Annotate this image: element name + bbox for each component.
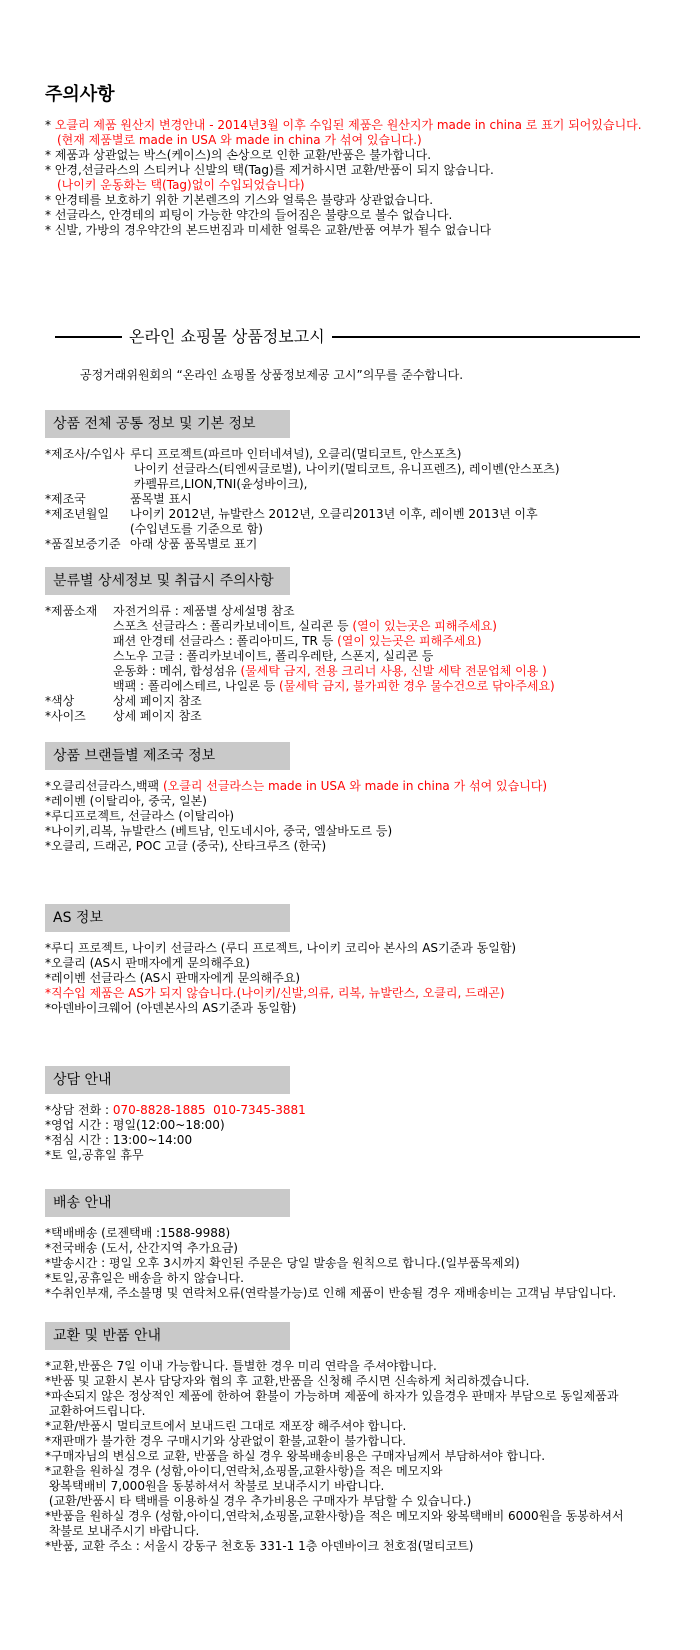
text-segment: 스노우 고글 : 폴리카보네이트, 폴리우레탄, 스폰지, 실리콘 등: [113, 649, 433, 663]
text-segment: *오클리, 드래곤, POC 고글 (중국), 산타크루즈 (한국): [45, 839, 326, 853]
text-segment: *반품, 교환 주소 : 서울시 강동구 천호동 331-1 1층 아덴바이크 …: [45, 1539, 473, 1553]
text-segment: * 안경테를 보호하기 위한 기본렌즈의 기스와 얼룩은 불량과 상관없습니다.: [45, 193, 433, 207]
text-line: * 오클리 제품 원산지 변경안내 - 2014년3월 이후 수입된 제품은 원…: [45, 118, 692, 133]
text-line: *파손되지 않은 정상적인 제품에 한하여 환불이 가능하며 제품에 하자가 있…: [45, 1389, 692, 1404]
info-row: *제품소재자전거의류 : 제품별 상세설명 참조스포츠 선글라스 : 폴리카보네…: [45, 604, 692, 694]
text-line: *루디 프로젝트, 나이키 선글라스 (루디 프로젝트, 나이키 코리아 본사의…: [45, 941, 692, 956]
text-segment: 품목별 표시: [130, 492, 192, 506]
caution-list: * 오클리 제품 원산지 변경안내 - 2014년3월 이후 수입된 제품은 원…: [45, 118, 692, 238]
text-segment: *오클리 (AS시 판매자에게 문의해주요): [45, 956, 250, 970]
text-line: *토일,공휴일은 배송을 하지 않습니다.: [45, 1271, 692, 1286]
text-line: *재판매가 불가한 경우 구매시기와 상관없이 환불,교환이 불가합니다.: [45, 1434, 692, 1449]
text-line: 상세 페이지 참조: [113, 709, 692, 724]
text-line: *점심 시간 : 13:00~14:00: [45, 1133, 692, 1148]
text-segment: *아덴바이크웨어 (아덴본사의 AS기준과 동일함): [45, 1001, 296, 1015]
text-line: *반품을 원하실 경우 (성함,아이디,연락처,쇼핑몰,교환사항)을 적은 메모…: [45, 1509, 692, 1524]
highlight-text: (물세탁 금지, 불가피한 경우 물수건으로 닦아주세요): [279, 679, 555, 693]
text-segment: * 안경,선글라스의 스티커나 신발의 택(Tag)를 제거하시면 교환/반품이…: [45, 163, 494, 177]
row-value: 나이키 2012년, 뉴발란스 2012년, 오클리2013년 이후, 레이벤 …: [130, 507, 692, 537]
section-exchange-return: 교환 및 반품 안내*교환,반품은 7일 이내 가능합니다. 틀별한 경우 미리…: [45, 1322, 692, 1554]
text-line: 운동화 : 메쉬, 합성섬유 (물세탁 금지, 전용 크리너 사용, 신발 세탁…: [113, 664, 692, 679]
text-segment: 카펠뮤르,LION,TNI(윤성바이크),: [130, 477, 307, 491]
text-segment: 나이키 2012년, 뉴발란스 2012년, 오클리2013년 이후, 레이벤 …: [130, 507, 538, 521]
text-line: 카펠뮤르,LION,TNI(윤성바이크),: [130, 477, 692, 492]
section-body-consult: *상담 전화 : 070-8828-1885 010-7345-3881*영업 …: [45, 1103, 692, 1163]
text-line: 아래 상품 품목별로 표기: [130, 537, 692, 552]
text-segment: *택배배송 (로젠택배 :1588-9988): [45, 1226, 230, 1240]
text-line: *수취인부재, 주소불명 및 연락처오류(연락불가능)로 인해 제품이 반송될 …: [45, 1286, 692, 1301]
text-line: (교환/반품시 타 택배를 이용하실 경우 추가비용은 구매자가 부담할 수 있…: [45, 1494, 692, 1509]
section-shipping: 배송 안내*택배배송 (로젠택배 :1588-9988)*전국배송 (도서, 산…: [45, 1189, 692, 1301]
info-row: *품질보증기준아래 상품 품목별로 표기: [45, 537, 692, 552]
text-segment: 왕복택배비 7,000원을 동봉하셔서 착불로 보내주시기 바랍니다.: [45, 1479, 384, 1493]
text-line: *레이벤 (이탈리아, 중국, 일본): [45, 794, 692, 809]
section-header-as-info: AS 정보: [45, 904, 290, 932]
text-line: *교환,반품은 7일 이내 가능합니다. 틀별한 경우 미리 연락을 주셔야합니…: [45, 1359, 692, 1374]
caution-heading: 주의사항: [45, 0, 692, 106]
gosi-title: 온라인 쇼핑몰 상품정보고시: [129, 326, 325, 348]
text-line: * 안경테를 보호하기 위한 기본렌즈의 기스와 얼룩은 불량과 상관없습니다.: [45, 193, 692, 208]
row-label: *제조국: [45, 492, 130, 507]
row-value: 아래 상품 품목별로 표기: [130, 537, 692, 552]
info-row: *제조사/수입사루디 프로젝트(파르마 인터네셔널), 오클리(멀티코트, 안스…: [45, 447, 692, 492]
text-segment: * 선글라스, 안경테의 피팅이 가능한 약간의 들어짐은 불량으로 볼수 없습…: [45, 208, 452, 222]
text-line: *상담 전화 : 070-8828-1885 010-7345-3881: [45, 1103, 692, 1118]
section-common-info: 상품 전체 공통 정보 및 기본 정보*제조사/수입사루디 프로젝트(파르마 인…: [45, 410, 692, 552]
highlight-text: (물세탁 금지, 전용 크리너 사용, 신발 세탁 전문업체 이용 ): [240, 664, 546, 678]
info-row: *제조국품목별 표시: [45, 492, 692, 507]
section-as-info: AS 정보*루디 프로젝트, 나이키 선글라스 (루디 프로젝트, 나이키 코리…: [45, 904, 692, 1016]
text-line: 교환하여드립니다.: [45, 1404, 692, 1419]
section-body-common-info: *제조사/수입사루디 프로젝트(파르마 인터네셔널), 오클리(멀티코트, 안스…: [45, 447, 692, 552]
text-segment: *루디 프로젝트, 나이키 선글라스 (루디 프로젝트, 나이키 코리아 본사의…: [45, 941, 516, 955]
text-segment: *전국배송 (도서, 산간지역 추가요금): [45, 1241, 238, 1255]
info-row: *제조년월일나이키 2012년, 뉴발란스 2012년, 오클리2013년 이후…: [45, 507, 692, 537]
highlight-text: (열이 있는곳은 피해주세요): [352, 619, 497, 633]
text-segment: *나이키,리복, 뉴발란스 (베트남, 인도네시아, 중국, 엘살바도르 등): [45, 824, 392, 838]
text-segment: *상담 전화 :: [45, 1103, 113, 1117]
text-segment: *레이벤 (이탈리아, 중국, 일본): [45, 794, 207, 808]
row-label: *사이즈: [45, 709, 113, 724]
text-line: *영업 시간 : 평일(12:00~18:00): [45, 1118, 692, 1133]
row-label: *제조년월일: [45, 507, 130, 522]
highlight-text: (오클리 선글라스는 made in USA 와 made in china 가…: [163, 779, 547, 793]
text-segment: 스포츠 선글라스 : 폴리카보네이트, 실리콘 등: [113, 619, 352, 633]
text-segment: 패션 안경테 선글라스 : 폴리아미드, TR 등: [113, 634, 337, 648]
section-body-shipping: *택배배송 (로젠택배 :1588-9988)*전국배송 (도서, 산간지역 추…: [45, 1226, 692, 1301]
highlight-text: 오클리 제품 원산지 변경안내 - 2014년3월 이후 수입된 제품은 원산지…: [55, 118, 642, 132]
highlight-text: (나이키 운동화는 택(Tag)없이 수입되었습니다): [57, 178, 305, 192]
text-segment: *교환을 원하실 경우 (성함,아이디,연락처,쇼핑몰,교환사항)을 적은 메모…: [45, 1464, 442, 1478]
text-segment: 착불로 보내주시기 바랍니다.: [45, 1524, 199, 1538]
text-segment: *: [45, 118, 55, 132]
gosi-divider: 온라인 쇼핑몰 상품정보고시: [55, 326, 640, 348]
text-segment: * 신발, 가방의 경우약간의 본드번짐과 미세한 얼룩은 교환/반품 여부가 …: [45, 223, 491, 237]
text-segment: *토 일,공휴일 휴무: [45, 1148, 144, 1162]
text-segment: *수취인부재, 주소불명 및 연락처오류(연락불가능)로 인해 제품이 반송될 …: [45, 1286, 616, 1300]
text-line: *나이키,리복, 뉴발란스 (베트남, 인도네시아, 중국, 엘살바도르 등): [45, 824, 692, 839]
text-line: 착불로 보내주시기 바랍니다.: [45, 1524, 692, 1539]
row-label: *제품소재: [45, 604, 113, 619]
text-line: *레이벤 선글라스 (AS시 판매자에게 문의해주요): [45, 971, 692, 986]
section-category-detail: 분류별 상세정보 및 취급시 주의사항*제품소재자전거의류 : 제품별 상세설명…: [45, 567, 692, 724]
text-line: *오클리, 드래곤, POC 고글 (중국), 산타크루즈 (한국): [45, 839, 692, 854]
text-segment: *오클리선글라스,백팩: [45, 779, 163, 793]
section-body-brand-origin: *오클리선글라스,백팩 (오클리 선글라스는 made in USA 와 mad…: [45, 779, 692, 854]
text-line: 상세 페이지 참조: [113, 694, 692, 709]
text-segment: 상세 페이지 참조: [113, 694, 202, 708]
text-segment: *반품을 원하실 경우 (성함,아이디,연락처,쇼핑몰,교환사항)을 적은 메모…: [45, 1509, 624, 1523]
text-line: 루디 프로젝트(파르마 인터네셔널), 오클리(멀티코트, 안스포츠): [130, 447, 692, 462]
text-segment: *발송시간 : 평일 오후 3시까지 확인된 주문은 당일 발송을 원칙으로 합…: [45, 1256, 520, 1270]
compliance-note: 공정거래위원회의 “온라인 쇼핑몰 상품정보제공 고시”의무를 준수합니다.: [80, 368, 692, 383]
row-value: 상세 페이지 참조: [113, 709, 692, 724]
section-header-common-info: 상품 전체 공통 정보 및 기본 정보: [45, 410, 290, 438]
text-line: 스노우 고글 : 폴리카보네이트, 폴리우레탄, 스폰지, 실리콘 등: [113, 649, 692, 664]
text-segment: *루디프로젝트, 선글라스 (이탈리아): [45, 809, 234, 823]
text-segment: * 제품과 상관없는 박스(케이스)의 손상으로 인한 교환/반품은 불가합니다…: [45, 148, 431, 162]
section-body-category-detail: *제품소재자전거의류 : 제품별 상세설명 참조스포츠 선글라스 : 폴리카보네…: [45, 604, 692, 724]
divider-line-left: [55, 336, 122, 338]
text-line: * 신발, 가방의 경우약간의 본드번짐과 미세한 얼룩은 교환/반품 여부가 …: [45, 223, 692, 238]
text-segment: *레이벤 선글라스 (AS시 판매자에게 문의해주요): [45, 971, 300, 985]
text-line: 패션 안경테 선글라스 : 폴리아미드, TR 등 (열이 있는곳은 피해주세요…: [113, 634, 692, 649]
text-segment: *재판매가 불가한 경우 구매시기와 상관없이 환불,교환이 불가합니다.: [45, 1434, 406, 1448]
text-segment: *반품 및 교환시 본사 담당자와 협의 후 교환,반품을 신청해 주시면 신속…: [45, 1374, 530, 1388]
row-value: 상세 페이지 참조: [113, 694, 692, 709]
text-segment: 상세 페이지 참조: [113, 709, 202, 723]
text-segment: 자전거의류 : 제품별 상세설명 참조: [113, 604, 295, 618]
text-segment: *영업 시간 : 평일(12:00~18:00): [45, 1118, 225, 1132]
text-line: *오클리 (AS시 판매자에게 문의해주요): [45, 956, 692, 971]
text-segment: 운동화 : 메쉬, 합성섬유: [113, 664, 240, 678]
section-consult: 상담 안내*상담 전화 : 070-8828-1885 010-7345-388…: [45, 1066, 692, 1163]
section-brand-origin: 상품 브랜들별 제조국 정보*오클리선글라스,백팩 (오클리 선글라스는 mad…: [45, 742, 692, 854]
section-header-consult: 상담 안내: [45, 1066, 290, 1094]
text-segment: (수입년도를 기준으로 함): [130, 522, 263, 536]
text-line: 나이키 2012년, 뉴발란스 2012년, 오클리2013년 이후, 레이벤 …: [130, 507, 692, 522]
text-line: * 선글라스, 안경테의 피팅이 가능한 약간의 들어짐은 불량으로 볼수 없습…: [45, 208, 692, 223]
text-segment: *교환,반품은 7일 이내 가능합니다. 틀별한 경우 미리 연락을 주셔야합니…: [45, 1359, 437, 1373]
row-value: 자전거의류 : 제품별 상세설명 참조스포츠 선글라스 : 폴리카보네이트, 실…: [113, 604, 692, 694]
highlight-text: (열이 있는곳은 피해주세요): [337, 634, 482, 648]
text-segment: *구매자님의 변심으로 교환, 반품을 하실 경우 왕복배송비용은 구매자님께서…: [45, 1449, 545, 1463]
divider-line-right: [332, 336, 640, 338]
product-info-notice-page: 주의사항 * 오클리 제품 원산지 변경안내 - 2014년3월 이후 수입된 …: [0, 0, 700, 1650]
section-header-category-detail: 분류별 상세정보 및 취급시 주의사항: [45, 567, 290, 595]
text-line: 스포츠 선글라스 : 폴리카보네이트, 실리콘 등 (열이 있는곳은 피해주세요…: [113, 619, 692, 634]
text-segment: *토일,공휴일은 배송을 하지 않습니다.: [45, 1271, 244, 1285]
sections-container: 상품 전체 공통 정보 및 기본 정보*제조사/수입사루디 프로젝트(파르마 인…: [45, 410, 692, 1554]
info-row: *색상상세 페이지 참조: [45, 694, 692, 709]
row-value: 루디 프로젝트(파르마 인터네셔널), 오클리(멀티코트, 안스포츠) 나이키 …: [130, 447, 692, 492]
section-header-exchange-return: 교환 및 반품 안내: [45, 1322, 290, 1350]
text-line: *토 일,공휴일 휴무: [45, 1148, 692, 1163]
text-line: * 안경,선글라스의 스티커나 신발의 택(Tag)를 제거하시면 교환/반품이…: [45, 163, 692, 178]
text-line: *택배배송 (로젠택배 :1588-9988): [45, 1226, 692, 1241]
text-line: *반품 및 교환시 본사 담당자와 협의 후 교환,반품을 신청해 주시면 신속…: [45, 1374, 692, 1389]
highlight-text: 070-8828-1885 010-7345-3881: [113, 1103, 306, 1117]
text-line: *반품, 교환 주소 : 서울시 강동구 천호동 331-1 1층 아덴바이크 …: [45, 1539, 692, 1554]
text-line: (수입년도를 기준으로 함): [130, 522, 692, 537]
text-segment: *점심 시간 : 13:00~14:00: [45, 1133, 192, 1147]
text-line: *전국배송 (도서, 산간지역 추가요금): [45, 1241, 692, 1256]
section-body-exchange-return: *교환,반품은 7일 이내 가능합니다. 틀별한 경우 미리 연락을 주셔야합니…: [45, 1359, 692, 1554]
text-segment: (교환/반품시 타 택배를 이용하실 경우 추가비용은 구매자가 부담할 수 있…: [45, 1494, 471, 1508]
text-segment: 나이키 선글라스(티엔씨글로벌), 나이키(멀티코트, 유니프렌즈), 레이벤(…: [130, 462, 560, 476]
row-label: *품질보증기준: [45, 537, 130, 552]
text-line: *아덴바이크웨어 (아덴본사의 AS기준과 동일함): [45, 1001, 692, 1016]
text-segment: 교환하여드립니다.: [45, 1404, 145, 1418]
text-line: 자전거의류 : 제품별 상세설명 참조: [113, 604, 692, 619]
text-segment: 백팩 : 폴리에스테르, 나일론 등: [113, 679, 279, 693]
section-header-brand-origin: 상품 브랜들별 제조국 정보: [45, 742, 290, 770]
info-row: *사이즈상세 페이지 참조: [45, 709, 692, 724]
row-label: *제조사/수입사: [45, 447, 130, 462]
text-line: *루디프로젝트, 선글라스 (이탈리아): [45, 809, 692, 824]
highlight-text: (현재 제품별로 made in USA 와 made in china 가 섞…: [57, 133, 422, 147]
text-line: *교환/반품시 멀티코트에서 보내드린 그대로 재포장 해주셔야 합니다.: [45, 1419, 692, 1434]
section-body-as-info: *루디 프로젝트, 나이키 선글라스 (루디 프로젝트, 나이키 코리아 본사의…: [45, 941, 692, 1016]
text-line: 나이키 선글라스(티엔씨글로벌), 나이키(멀티코트, 유니프렌즈), 레이벤(…: [130, 462, 692, 477]
text-line: 왕복택배비 7,000원을 동봉하셔서 착불로 보내주시기 바랍니다.: [45, 1479, 692, 1494]
text-line: *구매자님의 변심으로 교환, 반품을 하실 경우 왕복배송비용은 구매자님께서…: [45, 1449, 692, 1464]
text-line: (나이키 운동화는 택(Tag)없이 수입되었습니다): [45, 178, 692, 193]
text-line: 백팩 : 폴리에스테르, 나일론 등 (물세탁 금지, 불가피한 경우 물수건으…: [113, 679, 692, 694]
text-line: * 제품과 상관없는 박스(케이스)의 손상으로 인한 교환/반품은 불가합니다…: [45, 148, 692, 163]
text-segment: *교환/반품시 멀티코트에서 보내드린 그대로 재포장 해주셔야 합니다.: [45, 1419, 406, 1433]
text-segment: *파손되지 않은 정상적인 제품에 한하여 환불이 가능하며 제품에 하자가 있…: [45, 1389, 618, 1403]
text-line: *교환을 원하실 경우 (성함,아이디,연락처,쇼핑몰,교환사항)을 적은 메모…: [45, 1464, 692, 1479]
section-header-shipping: 배송 안내: [45, 1189, 290, 1217]
text-line: (현재 제품별로 made in USA 와 made in china 가 섞…: [45, 133, 692, 148]
text-segment: 아래 상품 품목별로 표기: [130, 537, 257, 551]
text-line: *발송시간 : 평일 오후 3시까지 확인된 주문은 당일 발송을 원칙으로 합…: [45, 1256, 692, 1271]
text-line: 품목별 표시: [130, 492, 692, 507]
highlight-text: *직수입 제품은 AS가 되지 않습니다.(나이키/신발,의류, 리복, 뉴발란…: [45, 986, 505, 1000]
text-segment: 루디 프로젝트(파르마 인터네셔널), 오클리(멀티코트, 안스포츠): [130, 447, 461, 461]
row-value: 품목별 표시: [130, 492, 692, 507]
text-line: *직수입 제품은 AS가 되지 않습니다.(나이키/신발,의류, 리복, 뉴발란…: [45, 986, 692, 1001]
row-label: *색상: [45, 694, 113, 709]
text-line: *오클리선글라스,백팩 (오클리 선글라스는 made in USA 와 mad…: [45, 779, 692, 794]
